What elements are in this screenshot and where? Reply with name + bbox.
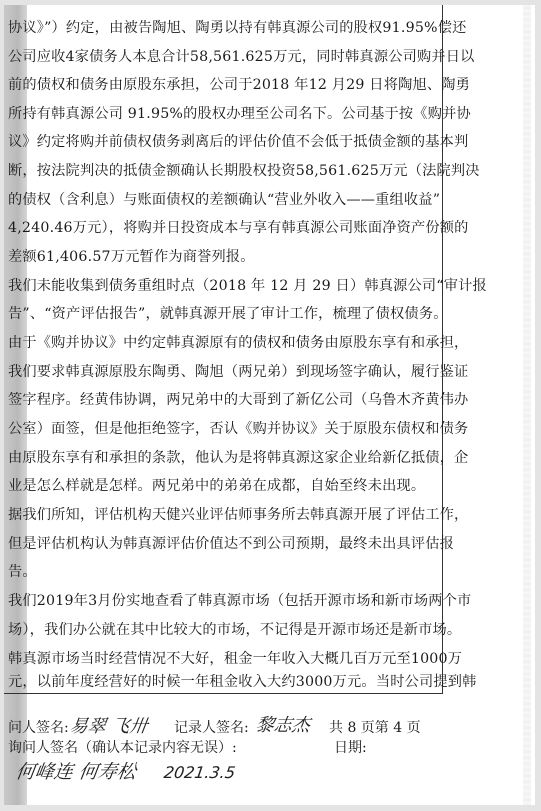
body-line: 韩真源市场当时经营情况不大好，租金一年收入大概几百万元至1000万 xyxy=(8,650,462,668)
body-line: 告。 xyxy=(8,563,37,581)
questioner-label: 问人签名: xyxy=(8,717,69,737)
body-line: 我们2019年3月份实地查看了韩真源市场（包括开源市场和新市场两个市 xyxy=(8,592,471,610)
body-line: 告”、“资产评估报告”，就韩真源开展了审计工作，梳理了债权债务。 xyxy=(8,305,448,323)
body-line: 据我们所知，评估机构天健兴业评估师事务所去韩真源开展了评估工作， xyxy=(8,506,468,524)
page-info: 共 8 页第 4 页 xyxy=(329,717,421,737)
body-line: 前的债权和债务由原股东承担，公司于2018 年12 月29 日将陶旭、陶勇 xyxy=(8,76,470,94)
body-line: 元，以前年度经营好的时候一年租金收入大约3000万元。当时公司提到韩 xyxy=(8,673,477,691)
body-line: 场），我们办公就在其中比较大的市场，不记得是开源市场还是新市场。 xyxy=(8,621,461,639)
signed-date: 2021.3.5 xyxy=(163,763,237,782)
recorder-signature: 黎志杰 xyxy=(254,711,312,737)
body-line: 断，按法院判决的抵债金额确认长期股权投资58,561.625万元（法院判决 xyxy=(8,162,480,180)
date-label: 日期: xyxy=(334,737,367,757)
body-line: 但是评估机构认为韩真源评估价值达不到公司预期，最终未出具评估报 xyxy=(8,535,454,553)
body-line: 由原股东享有和承担的条款，他认为是将韩真源这家企业给新亿抵债，企 xyxy=(8,449,468,467)
body-line: 签字程序。经黄伟协调，两兄弟中的大哥到了新亿公司（乌鲁木齐黄伟办 xyxy=(8,391,468,409)
scan-edge-marks xyxy=(523,5,531,805)
record-text-box: 协议》”）约定，由被告陶旭、陶勇以持有韩真源公司的股权91.95%偿还 公司应收… xyxy=(4,5,443,694)
scanned-page: 协议》”）约定，由被告陶旭、陶勇以持有韩真源公司的股权91.95%偿还 公司应收… xyxy=(4,5,535,805)
body-line: 我们要求韩真源原股东陶勇、陶旭（两兄弟）到现场签字确认，履行鉴证 xyxy=(8,363,468,381)
body-line: 4,240.46万元），将购并日投资成本与享有韩真源公司账面净资产份额的 xyxy=(8,219,469,237)
recorder-label: 记录人签名: xyxy=(174,717,249,737)
body-line: 所持有韩真源公司 91.95%的股权办理至公司名下。公司基于按《购并协 xyxy=(8,105,471,123)
questioner-signature: 易翠 飞卅 xyxy=(68,712,149,738)
body-line: 业是怎么样就是怎样。两兄弟中的弟弟在成都，自始至终未出现。 xyxy=(8,477,425,495)
respondent-label: 询问人签名（确认本记录内容无误）: xyxy=(8,737,237,757)
body-line: 我们未能收集到债务重组时点（2018 年 12 月 29 日）韩真源公司“审计报 xyxy=(8,277,487,295)
body-line: 由于《购并协议》中约定韩真源原有的债权和债务由原股东享有和承担， xyxy=(8,334,468,352)
body-line: 公室）面签，但是他拒绝签字，否认《购并协议》关于原股东债权和债务 xyxy=(8,420,468,438)
respondent-signature: 何峰连 何寿松 xyxy=(14,757,138,784)
body-line: 差额61,406.57万元暂作为商誉列报。 xyxy=(8,248,255,266)
body-line: 的债权（含利息）与账面债权的差额确认“营业外收入——重组收益” xyxy=(8,191,440,209)
body-line: 公司应收4家债务人本息合计58,561.625万元，同时韩真源公司购并日以 xyxy=(8,48,475,66)
body-line: 议》约定将购并前债权债务剥离后的评估价值不会低于抵债金额的基本判 xyxy=(8,133,468,151)
body-line: 协议》”）约定，由被告陶旭、陶勇以持有韩真源公司的股权91.95%偿还 xyxy=(8,19,467,37)
